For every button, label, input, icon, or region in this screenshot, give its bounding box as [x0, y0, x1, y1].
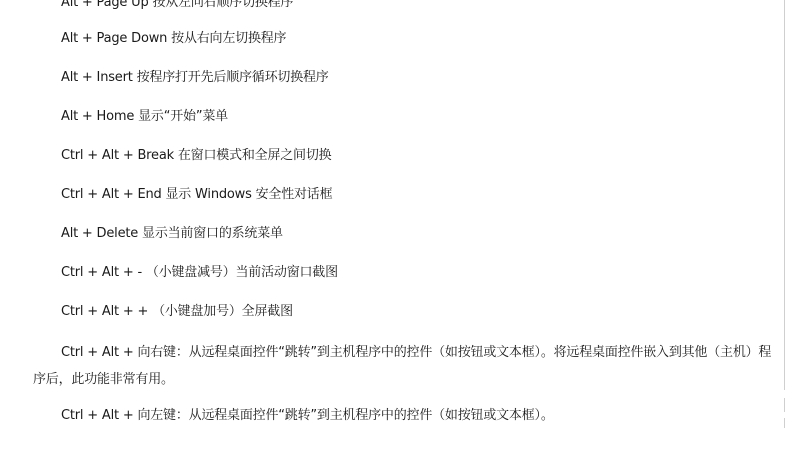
shortcut-paragraph: Ctrl + Alt + 向左键：从远程桌面控件“跳转”到主机程序中的控件（如按…: [33, 402, 778, 429]
shortcut-line: Ctrl + Alt + End 显示 Windows 安全性对话框: [61, 185, 332, 205]
shortcut-keys: Ctrl + Alt + +: [61, 304, 148, 319]
shortcut-paragraph: Ctrl + Alt + 向右键：从远程桌面控件“跳转”到主机程序中的控件（如按…: [33, 339, 778, 393]
shortcut-keys: Ctrl + Alt + -: [61, 265, 142, 280]
shortcut-line: Ctrl + Alt + Break 在窗口模式和全屏之间切换: [61, 146, 331, 166]
shortcut-description: 在窗口模式和全屏之间切换: [178, 148, 332, 163]
shortcut-keys: Alt + Delete: [61, 226, 138, 241]
shortcut-keys: Alt + Home: [61, 109, 134, 124]
shortcut-description: 按从左向右顺序切换程序: [152, 0, 293, 10]
shortcut-line: Alt + Home 显示“开始”菜单: [61, 107, 228, 127]
shortcut-description: 显示“开始”菜单: [138, 109, 228, 124]
shortcut-line: Alt + Page Down 按从右向左切换程序: [61, 29, 286, 49]
shortcut-line: Ctrl + Alt + - （小键盘减号）当前活动窗口截图: [61, 263, 338, 283]
shortcut-keys: Ctrl + Alt + End: [61, 187, 162, 202]
page-edge-rule: [784, 0, 785, 390]
shortcut-keys: Alt + Page Up: [61, 0, 149, 10]
shortcut-keys: Ctrl + Alt + 向左键: [61, 408, 176, 423]
shortcut-description: （小键盘加号）全屏截图: [152, 304, 293, 319]
shortcut-line: Alt + Delete 显示当前窗口的系统菜单: [61, 224, 283, 244]
shortcut-keys: Ctrl + Alt + 向右键: [61, 345, 176, 360]
shortcut-description: 显示当前窗口的系统菜单: [142, 226, 283, 241]
shortcut-keys: Ctrl + Alt + Break: [61, 148, 174, 163]
shortcut-description: ：从远程桌面控件“跳转”到主机程序中的控件（如按钮或文本框）。: [176, 408, 554, 423]
shortcut-line: Ctrl + Alt + + （小键盘加号）全屏截图: [61, 302, 293, 322]
shortcut-keys: Alt + Insert: [61, 70, 133, 85]
page-edge-rule: [784, 398, 785, 412]
document-body: Alt + Page Up 按从左向右顺序切换程序 Alt + Page Dow…: [0, 0, 786, 455]
shortcut-line: Alt + Page Up 按从左向右顺序切换程序: [61, 0, 293, 13]
shortcut-line: Alt + Insert 按程序打开先后顺序循环切换程序: [61, 68, 329, 88]
page-edge-rule: [784, 418, 785, 428]
shortcut-keys: Alt + Page Down: [61, 31, 167, 46]
shortcut-description: 按从右向左切换程序: [171, 31, 286, 46]
shortcut-description: （小键盘减号）当前活动窗口截图: [146, 265, 338, 280]
shortcut-description: 按程序打开先后顺序循环切换程序: [137, 70, 329, 85]
shortcut-description: 显示 Windows 安全性对话框: [166, 187, 333, 202]
